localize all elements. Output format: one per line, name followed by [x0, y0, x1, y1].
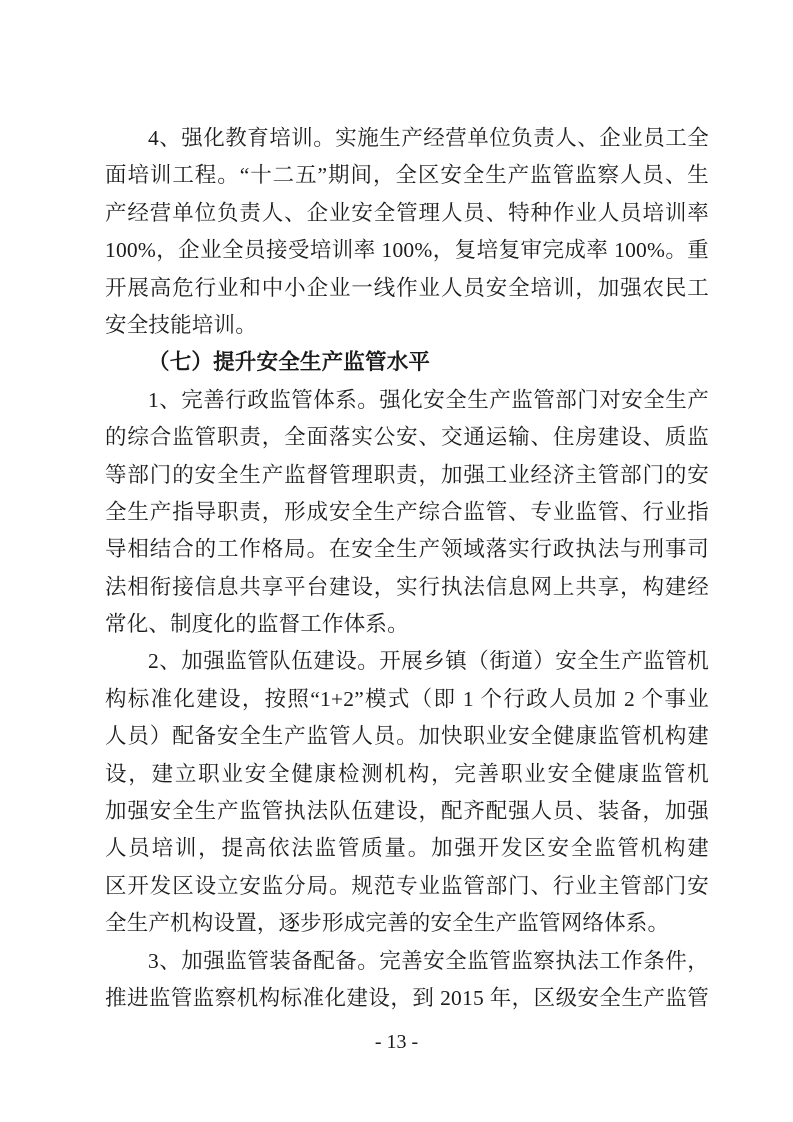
text-line: 3、加强监管装备配备。完善安全监管监察执法工作条件，	[105, 943, 709, 980]
heading-section-7: （七）提升安全生产监管水平	[105, 344, 709, 381]
text-line: 开展高危行业和中小企业一线作业人员安全培训，加强农民工	[105, 270, 709, 307]
text-line: 构标准化建设，按照“1+2”模式（即 1 个行政人员加 2 个事业	[105, 681, 709, 718]
text-line: 导相结合的工作格局。在安全生产领域落实行政执法与刑事司	[105, 531, 709, 568]
text-line: 产经营单位负责人、企业安全管理人员、特种作业人员培训率	[105, 195, 709, 232]
text-line: 常化、制度化的监督工作体系。	[105, 606, 709, 643]
para-4-education-training: 4、强化教育培训。实施生产经营单位负责人、企业员工全面培训工程。“十二五”期间，…	[105, 120, 709, 344]
para-3-supervision-equipment: 3、加强监管装备配备。完善安全监管监察执法工作条件，推进监管监察机构标准化建设，…	[105, 943, 709, 1018]
text-line: 100%，企业全员接受培训率 100%，复培复审完成率 100%。重点	[105, 232, 709, 269]
text-line: 全生产机构设置，逐步形成完善的安全生产监管网络体系。	[105, 905, 709, 942]
text-line: 加强安全生产监管执法队伍建设，配齐配强人员、装备，加强	[105, 793, 709, 830]
text-line: 推进监管监察机构标准化建设，到 2015 年，区级安全生产监管	[105, 980, 709, 1017]
text-line: 区开发区设立安监分局。规范专业监管部门、行业主管部门安	[105, 868, 709, 905]
text-line: 人员培训，提高依法监管质量。加强开发区安全监管机构建设，	[105, 830, 709, 867]
text-line: 等部门的安全生产监督管理职责，加强工业经济主管部门的安	[105, 457, 709, 494]
text-line: 的综合监管职责，全面落实公安、交通运输、住房建设、质监	[105, 419, 709, 456]
para-1-admin-supervision-system: 1、完善行政监管体系。强化安全生产监管部门对安全生产的综合监管职责，全面落实公安…	[105, 382, 709, 644]
text-line: 全生产指导职责，形成安全生产综合监管、专业监管、行业指	[105, 494, 709, 531]
text-line: 人员）配备安全生产监管人员。加快职业安全健康监管机构建	[105, 718, 709, 755]
text-line: 1、完善行政监管体系。强化安全生产监管部门对安全生产	[105, 382, 709, 419]
text-line: 4、强化教育培训。实施生产经营单位负责人、企业员工全	[105, 120, 709, 157]
document-body: 4、强化教育培训。实施生产经营单位负责人、企业员工全面培训工程。“十二五”期间，…	[105, 120, 709, 1017]
para-2-supervision-team-building: 2、加强监管队伍建设。开展乡镇（街道）安全生产监管机构标准化建设，按照“1+2”…	[105, 643, 709, 942]
text-line: 法相衔接信息共享平台建设，实行执法信息网上共享，构建经	[105, 569, 709, 606]
text-line: 面培训工程。“十二五”期间，全区安全生产监管监察人员、生	[105, 157, 709, 194]
text-line: 设，建立职业安全健康检测机构，完善职业安全健康监管机制。	[105, 756, 709, 793]
document-page: 4、强化教育培训。实施生产经营单位负责人、企业员工全面培训工程。“十二五”期间，…	[0, 0, 793, 1122]
text-line: 安全技能培训。	[105, 307, 709, 344]
text-line: （七）提升安全生产监管水平	[105, 344, 709, 381]
page-number: - 13 -	[0, 1030, 793, 1054]
text-line: 2、加强监管队伍建设。开展乡镇（街道）安全生产监管机	[105, 643, 709, 680]
